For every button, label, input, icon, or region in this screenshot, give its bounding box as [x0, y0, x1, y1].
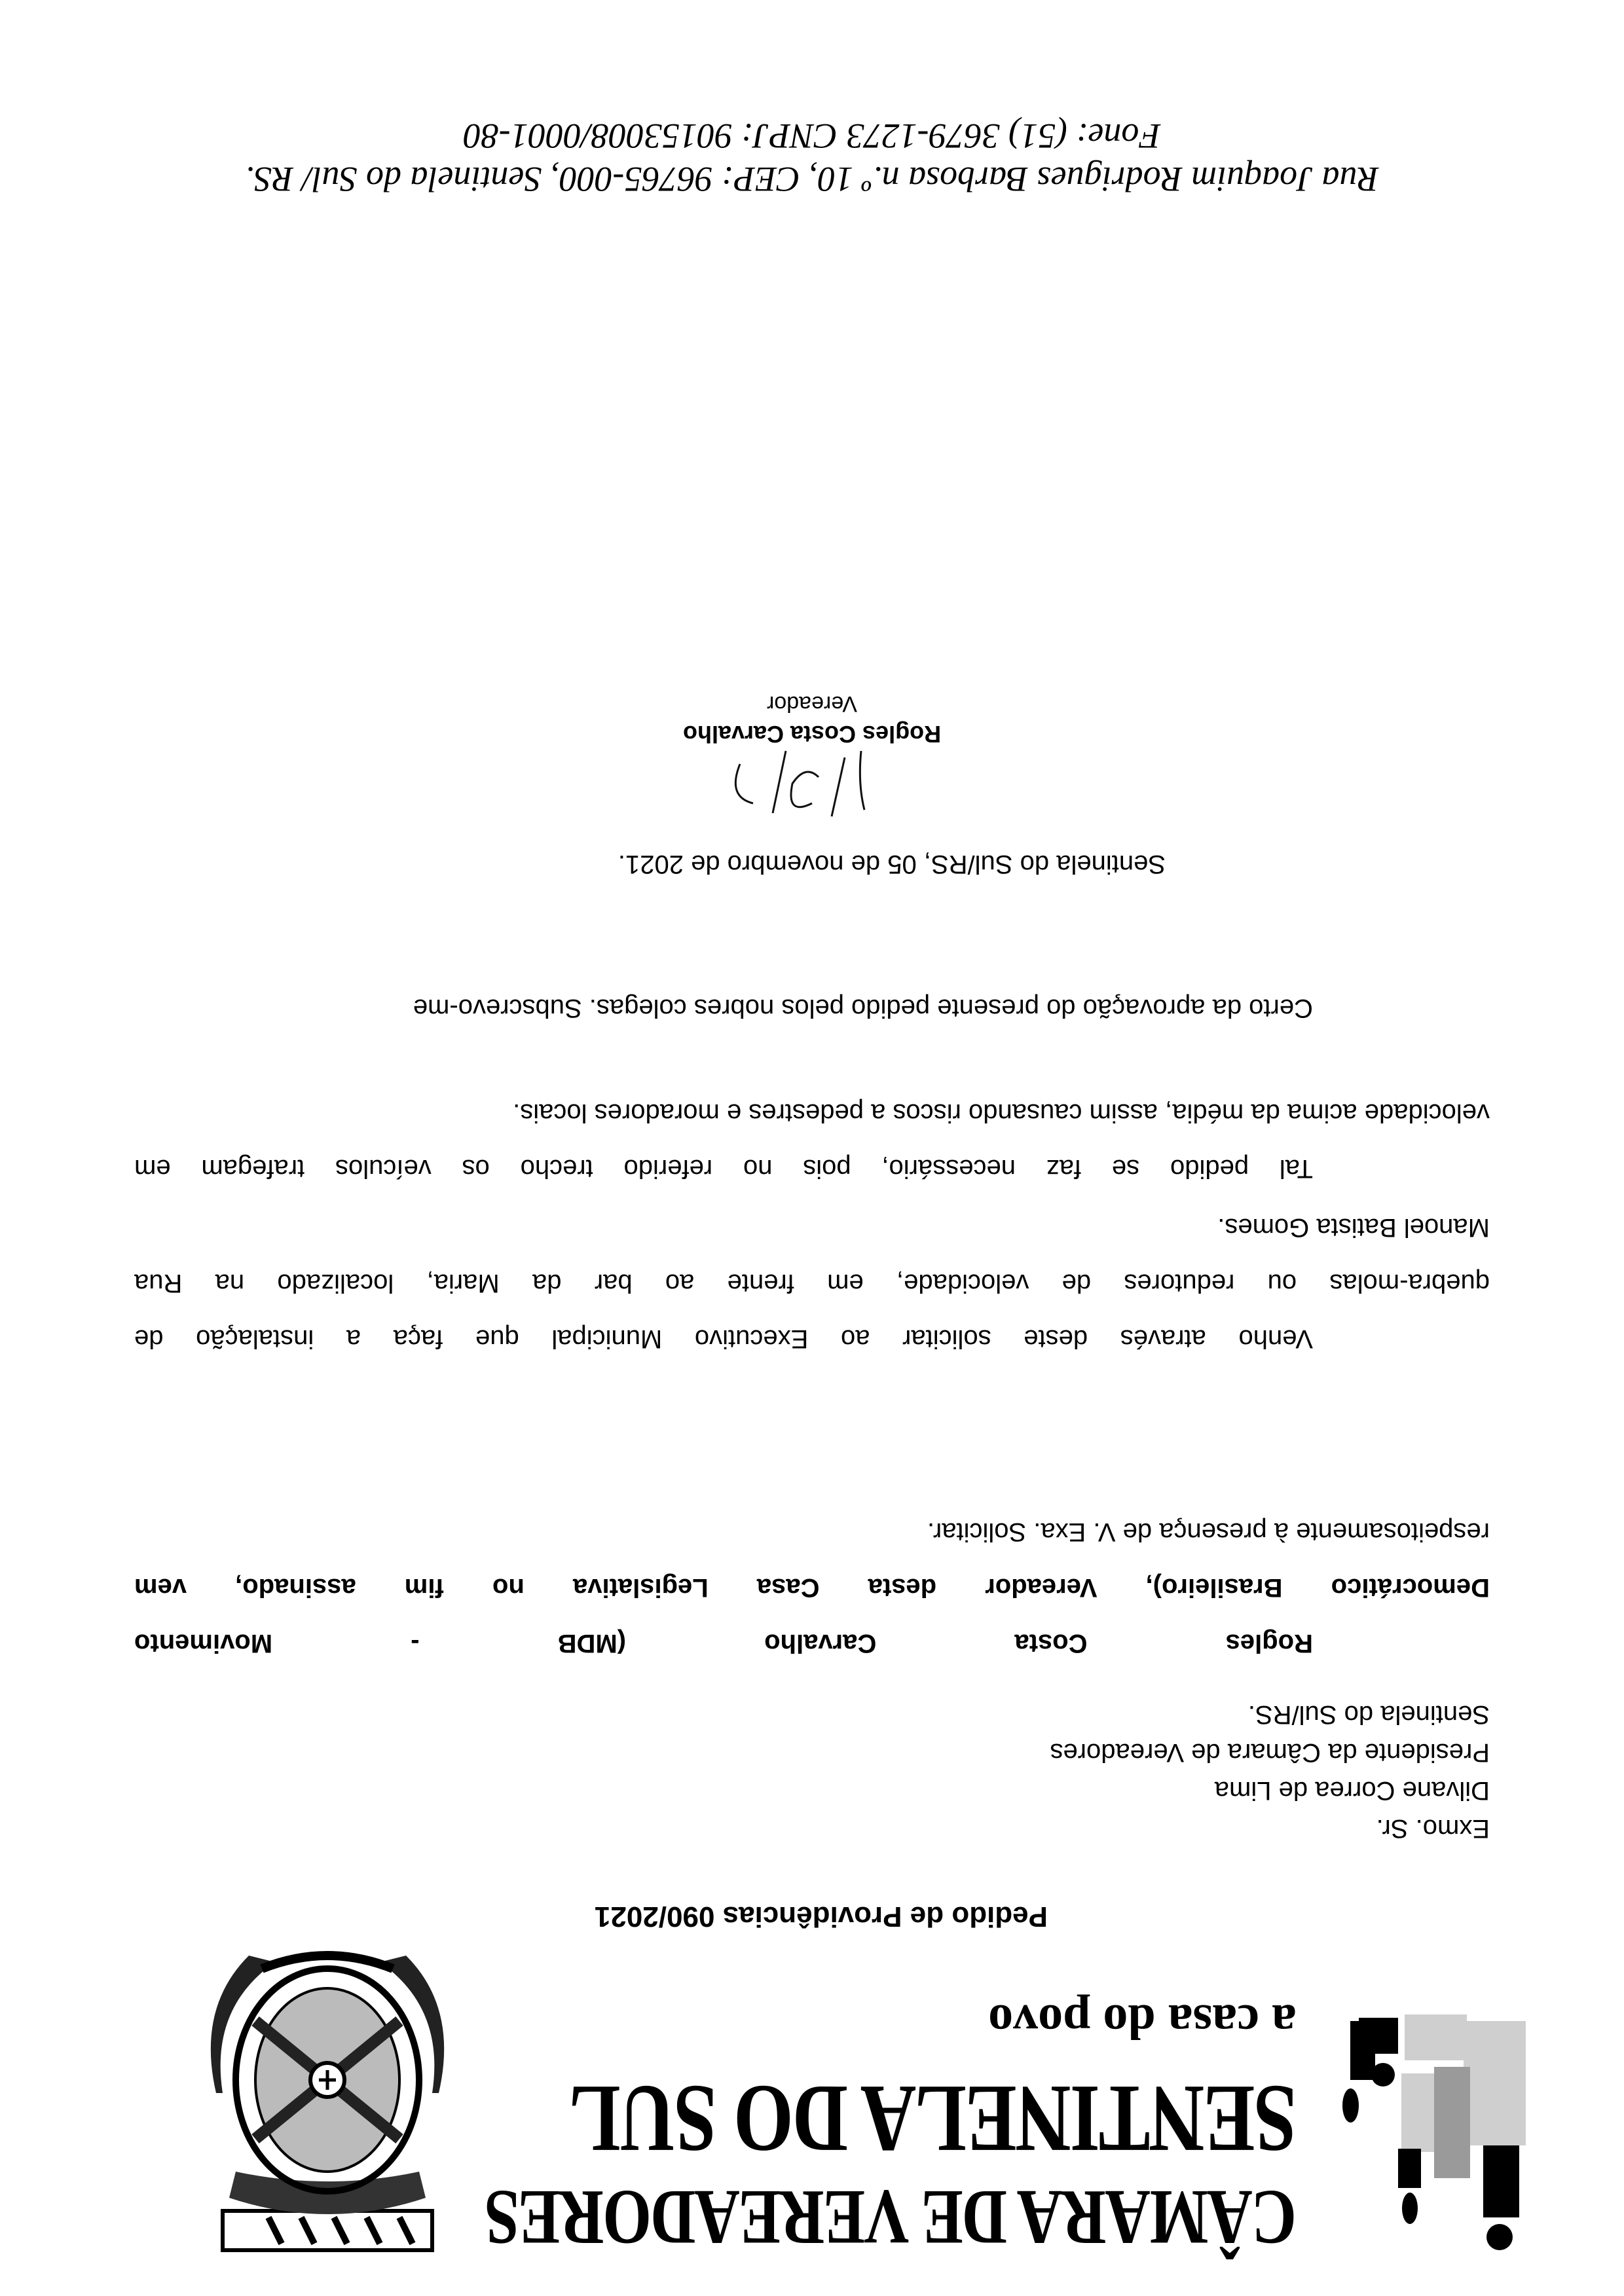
house-title-line1: CÂMARA DE VEREADORES — [491, 2178, 1297, 2257]
addressee-location: Sentinela do Sul/RS. — [1050, 1696, 1490, 1734]
request-line: quebra-molas ou redutores de velocidade,… — [134, 1255, 1490, 1311]
addressee-block: Exmo. Sr. Dilvane Correa de Lima Preside… — [1050, 1696, 1490, 1848]
intro-line: Rogles Costa Carvalho (MDB - Movimento — [134, 1615, 1490, 1671]
letterhead-text: CÂMARA DE VEREADORES SENTINELA DO SUL a … — [491, 1993, 1297, 2257]
mosaic-logo-icon — [1329, 2008, 1526, 2250]
footer-address-line: Rua Joaquim Rodrigues Barbosa n.º 10, CE… — [0, 158, 1624, 201]
request-line: Venho através deste solicitar ao Executi… — [134, 1311, 1490, 1366]
addressee-title: Presidente da Câmara de Vereadores — [1050, 1734, 1490, 1772]
footer-contact-line: Fone: (51) 3679-1273 CNPJ: 90153008/0001… — [0, 115, 1624, 158]
house-subtitle: a casa do povo — [491, 1993, 1297, 2050]
signer-role: Vereador — [642, 691, 982, 716]
date-line: Sentinela do Sul/RS, 05 de novembro de 2… — [618, 849, 1166, 879]
house-title-line2: SENTINELA DO SUL — [491, 2069, 1297, 2168]
reason-paragraph: Tal pedido se faz necessário, pois no re… — [134, 1085, 1490, 1196]
closing-line: Certo da aprovação do presente pedido pe… — [134, 980, 1313, 1036]
signer-name: Rogles Costa Carvalho — [642, 720, 982, 748]
closing-paragraph: Certo da aprovação do presente pedido pe… — [134, 980, 1313, 1036]
handwritten-signature-icon — [714, 744, 884, 823]
reason-line: Tal pedido se faz necessário, pois no re… — [134, 1140, 1490, 1196]
letterhead: CÂMARA DE VEREADORES SENTINELA DO SUL a … — [0, 1982, 1624, 2296]
signer-block: Rogles Costa Carvalho Vereador — [642, 691, 982, 748]
footer-address: Rua Joaquim Rodrigues Barbosa n.º 10, CE… — [0, 115, 1624, 201]
request-paragraph: Venho através deste solicitar ao Executi… — [134, 1199, 1490, 1366]
document-page: CÂMARA DE VEREADORES SENTINELA DO SUL a … — [0, 0, 1624, 2296]
request-line: Manoel Batista Gomes. — [134, 1199, 1490, 1255]
intro-line: Democrático Brasileiro), Vereador desta … — [134, 1559, 1490, 1615]
intro-paragraph: Rogles Costa Carvalho (MDB - Movimento D… — [134, 1504, 1490, 1671]
addressee-salutation: Exmo. Sr. — [1050, 1810, 1490, 1848]
intro-line: respeitosamente à presença de V. Exa. So… — [134, 1504, 1490, 1559]
coat-of-arms-icon — [210, 1949, 445, 2257]
reason-line: velocidade acima da média, assim causand… — [134, 1085, 1490, 1140]
document-number-title: Pedido de Providências 090/2021 — [595, 1900, 1048, 1933]
addressee-name: Dilvane Correa de Lima — [1050, 1772, 1490, 1810]
